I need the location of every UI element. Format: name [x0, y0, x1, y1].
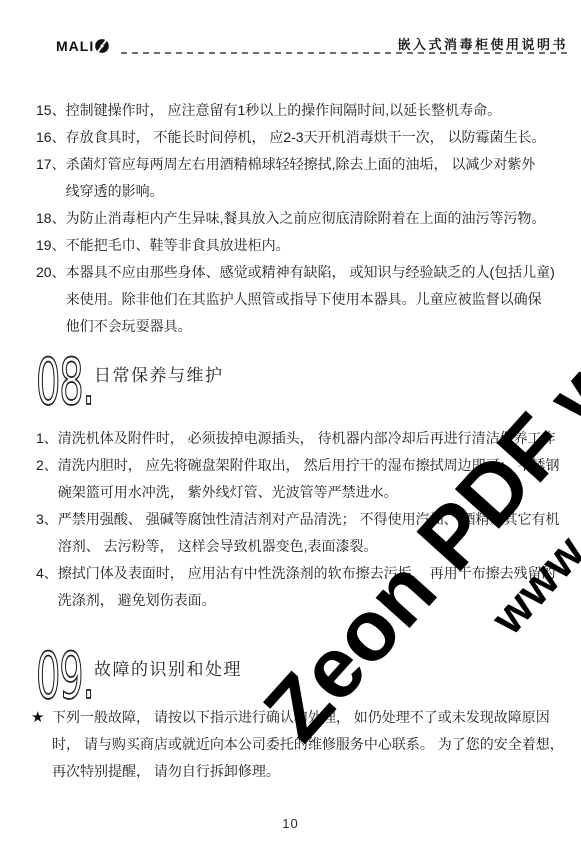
section-title: 日常保养与维护	[94, 358, 224, 386]
section-number-wrap: 08.	[36, 358, 94, 410]
fault-note: ★ 下列一般故障， 请按以下指示进行确认和处理， 如仍处理不了或未发现故障原因 …	[31, 704, 567, 785]
brand-logo: MALI	[56, 38, 109, 54]
item-text: 本器具不应由那些身体、感觉或精神有缺陷， 或知识与经验缺乏的人(包括儿童) 来使…	[66, 259, 561, 340]
item-text: 存放食具时， 不能长时间停机， 应2-3天开机消毒烘干一次， 以防霉菌生长。	[66, 124, 561, 151]
safety-items-list: 15、 控制键操作时， 应注意留有1秒以上的操作间隔时间,以延长整机寿命。 16…	[36, 97, 561, 340]
item-text: 擦拭门体及表面时， 应用沾有中性洗涤剂的软布擦去污垢， 再用干布擦去残留的 洗涤…	[58, 560, 561, 614]
item-number: 15、	[36, 97, 66, 124]
item-text: 不能把毛巾、鞋等非食具放进柜内。	[66, 232, 561, 259]
brand-text: MALI	[56, 38, 94, 54]
page-number: 10	[0, 816, 581, 831]
maintenance-items-list: 1、 清洗机体及附件时， 必须拔掉电源插头， 待机器内部冷却后再进行清洁保养工作…	[36, 425, 561, 614]
item-text: 严禁用强酸、 强碱等腐蚀性清洁剂对产品清洗； 不得使用汽油、 酒精及其它有机 溶…	[58, 506, 561, 560]
item-number: 18、	[36, 205, 66, 232]
note-text: 下列一般故障， 请按以下指示进行确认和处理， 如仍处理不了或未发现故障原因 时，…	[52, 704, 567, 785]
list-item: 20、 本器具不应由那些身体、感觉或精神有缺陷， 或知识与经验缺乏的人(包括儿童…	[36, 259, 561, 340]
list-item: 15、 控制键操作时， 应注意留有1秒以上的操作间隔时间,以延长整机寿命。	[36, 97, 561, 124]
item-number: 1、	[36, 425, 58, 452]
section-number: 08.	[36, 358, 93, 409]
list-item: 2、 清洗内胆时， 应先将碗盘架附件取出， 然后用拧干的湿布擦拭周边即可； 不锈…	[36, 452, 561, 506]
item-number: 17、	[36, 151, 66, 205]
item-text: 清洗内胆时， 应先将碗盘架附件取出， 然后用拧干的湿布擦拭周边即可； 不锈钢 碗…	[58, 452, 561, 506]
document-title: 嵌入式消毒柜使用说明书	[397, 34, 568, 53]
item-text: 控制键操作时， 应注意留有1秒以上的操作间隔时间,以延长整机寿命。	[66, 97, 561, 124]
list-item: 17、 杀菌灯管应每两周左右用酒精棉球轻轻擦拭,除去上面的油垢， 以减少对紫外 …	[36, 151, 561, 205]
section-number-wrap: 09.	[36, 652, 94, 704]
list-item: 1、 清洗机体及附件时， 必须拔掉电源插头， 待机器内部冷却后再进行清洁保养工作	[36, 425, 561, 452]
item-number: 4、	[36, 560, 58, 614]
item-text: 为防止消毒柜内产生异味,餐具放入之前应彻底清除附着在上面的油污等污物。	[66, 205, 561, 232]
item-number: 19、	[36, 232, 66, 259]
section-number: 09.	[36, 652, 93, 703]
manual-page: MALI 嵌入式消毒柜使用说明书 15、 控制键操作时， 应注意留有1秒以上的操…	[0, 0, 581, 856]
page-header: MALI 嵌入式消毒柜使用说明书	[0, 0, 581, 70]
item-number: 2、	[36, 452, 58, 506]
star-icon: ★	[31, 704, 52, 785]
list-item: 3、 严禁用强酸、 强碱等腐蚀性清洁剂对产品清洗； 不得使用汽油、 酒精及其它有…	[36, 506, 561, 560]
item-number: 20、	[36, 259, 66, 340]
list-item: 18、 为防止消毒柜内产生异味,餐具放入之前应彻底清除附着在上面的油污等污物。	[36, 205, 561, 232]
item-number: 16、	[36, 124, 66, 151]
list-item: 4、 擦拭门体及表面时， 应用沾有中性洗涤剂的软布擦去污垢， 再用干布擦去残留的…	[36, 560, 561, 614]
section-heading-maintenance: 08. 日常保养与维护	[36, 358, 581, 410]
section-title: 故障的识别和处理	[94, 652, 242, 680]
section-heading-faults: 09. 故障的识别和处理	[36, 652, 581, 704]
item-text: 杀菌灯管应每两周左右用酒精棉球轻轻擦拭,除去上面的油垢， 以减少对紫外 线穿透的…	[66, 151, 561, 205]
aperture-ring-icon	[94, 39, 109, 53]
list-item: 16、 存放食具时， 不能长时间停机， 应2-3天开机消毒烘干一次， 以防霉菌生…	[36, 124, 561, 151]
list-item: 19、 不能把毛巾、鞋等非食具放进柜内。	[36, 232, 561, 259]
item-text: 清洗机体及附件时， 必须拔掉电源插头， 待机器内部冷却后再进行清洁保养工作	[58, 425, 561, 452]
item-number: 3、	[36, 506, 58, 560]
